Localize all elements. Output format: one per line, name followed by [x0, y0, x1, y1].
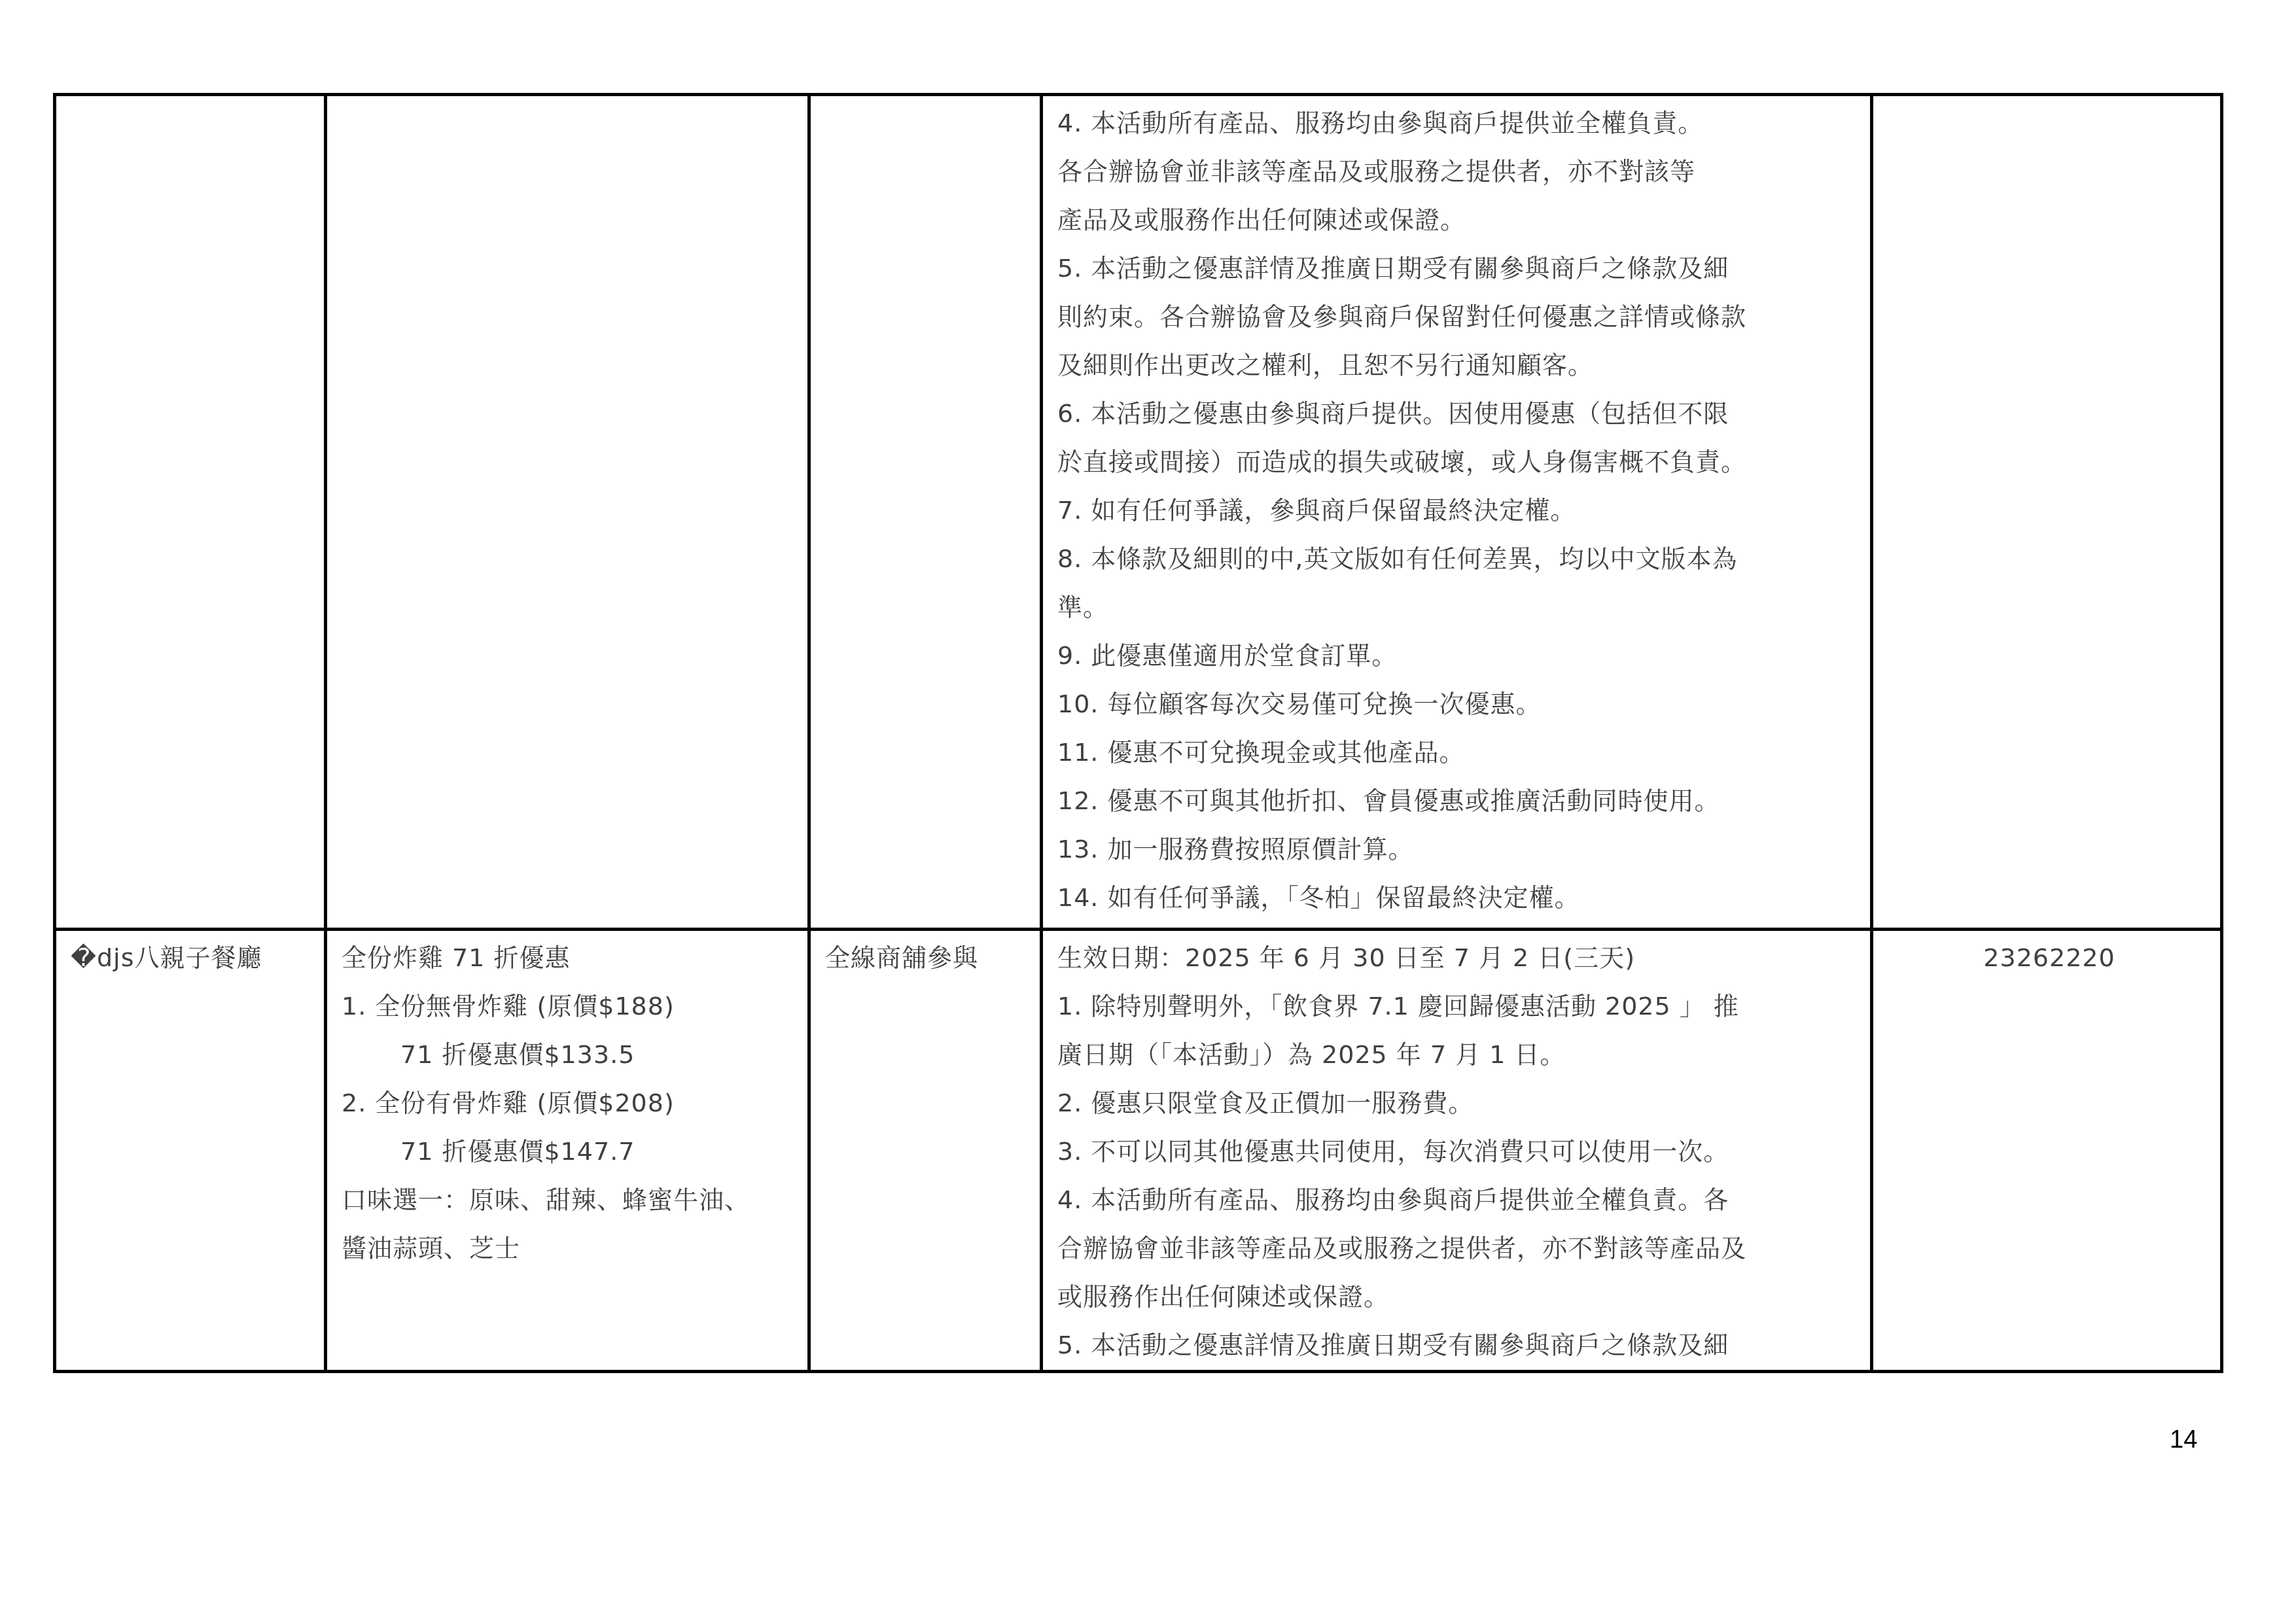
phone-cell: 23262220 — [1872, 930, 2222, 1372]
terms-line: 11. 優惠不可兌換現金或其他產品。 — [1057, 728, 1861, 777]
terms-cell: 4. 本活動所有產品、服務均由參與商戶提供並全權負責。各合辦協會並非該等產品及或… — [1042, 95, 1872, 930]
terms-line: 5. 本活動之優惠詳情及推廣日期受有關參與商戶之條款及細 — [1057, 1321, 1861, 1369]
offer-title: 全份炸雞 71 折優惠 — [342, 934, 798, 982]
offer-item-line: 口味選一：原味、甜辣、蜂蜜牛油、 — [342, 1176, 798, 1224]
terms-line: 12. 優惠不可與其他折扣、會員優惠或推廣活動同時使用。 — [1057, 777, 1861, 825]
table-row: �djs八親子餐廳 全份炸雞 71 折優惠 1. 全份無骨炸雞 (原價$188)… — [55, 930, 2222, 1372]
terms-line: 14. 如有任何爭議，「冬柏」保留最終決定權。 — [1057, 873, 1861, 922]
terms-line: 7. 如有任何爭議，參與商戶保留最終決定權。 — [1057, 486, 1861, 534]
terms-line: 10. 每位顧客每次交易僅可兌換一次優惠。 — [1057, 680, 1861, 728]
merchant-cell — [55, 95, 326, 930]
terms-line: 廣日期（「本活動」）為 2025 年 7 月 1 日。 — [1057, 1030, 1861, 1079]
terms-line: 4. 本活動所有產品、服務均由參與商戶提供並全權負責。各 — [1057, 1176, 1861, 1224]
terms-line: 8. 本條款及細則的中,英文版如有任何差異，均以中文版本為 — [1057, 534, 1861, 583]
terms-line: 生效日期：2025 年 6 月 30 日至 7 月 2 日(三天) — [1057, 934, 1861, 982]
document-page: 4. 本活動所有產品、服務均由參與商戶提供並全權負責。各合辦協會並非該等產品及或… — [0, 0, 2296, 1623]
terms-line: 及細則作出更改之權利，且恕不另行通知顧客。 — [1057, 341, 1861, 389]
terms-line: 或服務作出任何陳述或保證。 — [1057, 1272, 1861, 1321]
terms-line: 5. 本活動之優惠詳情及推廣日期受有關參與商戶之條款及細 — [1057, 244, 1861, 292]
terms-line: 13. 加一服務費按照原價計算。 — [1057, 825, 1861, 873]
phone-number: 23262220 — [1888, 934, 2211, 982]
offer-item-line: 2. 全份有骨炸雞 (原價$208) — [342, 1079, 798, 1127]
participating-stores-cell — [809, 95, 1042, 930]
terms-line: 各合辦協會並非該等產品及或服務之提供者，亦不對該等 — [1057, 147, 1861, 196]
offer-item-line: 醬油蒜頭、芝士 — [342, 1224, 798, 1272]
participating-stores-cell: 全線商舖參與 — [809, 930, 1042, 1372]
phone-cell — [1872, 95, 2222, 930]
merchant-name: �djs八親子餐廳 — [71, 934, 315, 982]
terms-line: 4. 本活動所有產品、服務均由參與商戶提供並全權負責。 — [1057, 99, 1861, 147]
terms-cell: 生效日期：2025 年 6 月 30 日至 7 月 2 日(三天)1. 除特別聲… — [1042, 930, 1872, 1372]
terms-line: 合辦協會並非該等產品及或服務之提供者，亦不對該等產品及 — [1057, 1224, 1861, 1272]
merchant-cell: �djs八親子餐廳 — [55, 930, 326, 1372]
terms-line: 準。 — [1057, 583, 1861, 631]
offer-item-line: 71 折優惠價$147.7 — [342, 1127, 798, 1176]
terms-line: 則約束。各合辦協會及參與商戶保留對任何優惠之詳情或條款 — [1057, 292, 1861, 341]
terms-line: 6. 本活動之優惠由參與商戶提供。因使用優惠（包括但不限 — [1057, 389, 1861, 438]
terms-line: 2. 優惠只限堂食及正價加一服務費。 — [1057, 1079, 1861, 1127]
table-row: 4. 本活動所有產品、服務均由參與商戶提供並全權負責。各合辦協會並非該等產品及或… — [55, 95, 2222, 930]
participating-stores: 全線商舖參與 — [825, 934, 1031, 982]
terms-line: 1. 除特別聲明外，「飲食界 7.1 慶回歸優惠活動 2025 」 推 — [1057, 982, 1861, 1030]
offer-item-line: 1. 全份無骨炸雞 (原價$188) — [342, 982, 798, 1030]
terms-line: 9. 此優惠僅適用於堂食訂單。 — [1057, 631, 1861, 680]
promotion-table: 4. 本活動所有產品、服務均由參與商戶提供並全權負責。各合辦協會並非該等產品及或… — [53, 93, 2223, 1373]
page-number: 14 — [2170, 1426, 2197, 1454]
terms-line: 於直接或間接）而造成的損失或破壞，或人身傷害概不負責。 — [1057, 438, 1861, 486]
terms-line: 3. 不可以同其他優惠共同使用，每次消費只可以使用一次。 — [1057, 1127, 1861, 1176]
terms-line: 產品及或服務作出任何陳述或保證。 — [1057, 196, 1861, 244]
offer-cell — [326, 95, 809, 930]
offer-item-line: 71 折優惠價$133.5 — [342, 1030, 798, 1079]
offer-cell: 全份炸雞 71 折優惠 1. 全份無骨炸雞 (原價$188)71 折優惠價$13… — [326, 930, 809, 1372]
